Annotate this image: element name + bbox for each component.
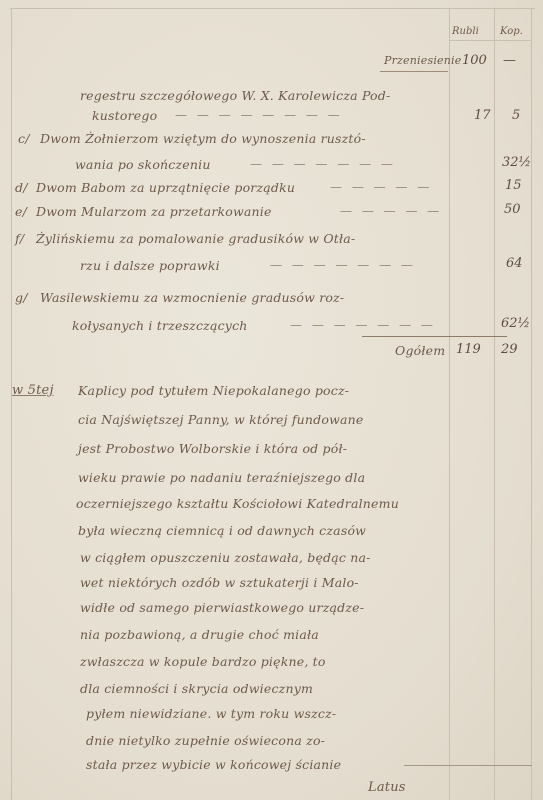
section-line: dla ciemności i skrycia odwiecznym: [80, 681, 313, 696]
section-line: stała przez wybicie w końcowej ścianie: [86, 757, 341, 772]
entry-line: Dwom Żołnierzom wziętym do wynoszenia ru…: [40, 131, 366, 146]
entry-kopecks: 62½: [501, 316, 530, 331]
kopecks-header: Kop.: [500, 26, 523, 37]
dash-leader: — — — — — — — —: [175, 108, 343, 122]
section-line: wet niektórych ozdób w sztukaterji i Mal…: [80, 575, 359, 590]
section-line: była wieczną ciemnicą i od dawnych czasó…: [78, 523, 366, 538]
entry-kopecks: 5: [512, 108, 520, 123]
carry-rubles: 100: [462, 53, 487, 68]
catchword: Latus: [368, 780, 406, 795]
manuscript-page: Rubli Kop. Przeniesienie 100 — regestru …: [0, 0, 543, 800]
rubles-column-rule: [449, 8, 450, 800]
section-line: widłe od samego pierwiastkowego urządze-: [80, 600, 364, 615]
total-rubles: 119: [456, 342, 481, 357]
dash-leader: — — — — — — —: [270, 258, 416, 272]
entry-line: wania po skończeniu: [75, 157, 211, 172]
section-line: cia Najświętszej Panny, w której fundowa…: [78, 412, 364, 427]
total-rule: [362, 336, 507, 337]
section-line: oczerniejszego kształtu Kościołowi Kated…: [76, 496, 399, 511]
section-marker: w 5tej: [12, 383, 54, 398]
latus-rule: [404, 765, 532, 766]
entry-marker: e/: [15, 204, 27, 219]
section-line: Kaplicy pod tytułem Niepokalanego pocz-: [78, 383, 349, 398]
entry-marker: g/: [15, 290, 28, 305]
kopecks-column-rule: [494, 8, 495, 800]
rubles-header: Rubli: [452, 26, 479, 37]
entry-kopecks: 15: [505, 178, 522, 193]
carry-underline: [380, 71, 448, 72]
entry-line: Wasilewskiemu za wzmocnienie gradusów ro…: [40, 290, 344, 305]
entry-line: regestru szczegółowego W. X. Karolewicza…: [80, 88, 390, 103]
total-kopecks: 29: [501, 342, 518, 357]
entry-line: Dwom Mularzom za przetarkowanie: [36, 204, 272, 219]
entry-kopecks: 32½: [502, 155, 531, 170]
section-line: zwłaszcza w kopule bardzo piękne, to: [80, 654, 326, 669]
entry-marker: c/: [18, 131, 30, 146]
right-column-rule: [531, 8, 532, 800]
dash-leader: — — — — — — —: [250, 157, 396, 171]
top-rule: [10, 8, 535, 9]
left-margin-rule: [11, 8, 12, 800]
total-label: Ogółem: [395, 343, 445, 358]
section-line: jest Probostwo Wolborskie i która od pół…: [78, 441, 347, 456]
entry-line: kołysanych i trzeszczących: [72, 318, 248, 333]
entry-marker: f/: [15, 231, 24, 246]
section-line: nia pozbawioną, a drugie choć miała: [80, 627, 319, 642]
section-line: pyłem niewidziane. w tym roku wszcz-: [86, 706, 336, 721]
entry-line: kustorego: [92, 108, 157, 123]
entry-kopecks: 64: [506, 256, 523, 271]
entry-rubles: 17: [474, 108, 491, 123]
section-line: dnie nietylko zupełnie oświecona zo-: [86, 733, 325, 748]
dash-leader: — — — — — — —: [290, 318, 436, 332]
dash-leader: — — — — —: [330, 180, 432, 194]
entry-line: Dwom Babom za uprzątnięcie porządku: [36, 180, 295, 195]
entry-marker: d/: [15, 180, 28, 195]
entry-line: rzu i dalsze poprawki: [80, 258, 220, 273]
section-line: w ciągłem opuszczeniu zostawała, będąc n…: [80, 550, 371, 565]
entry-kopecks: 50: [504, 202, 521, 217]
section-line: wieku prawie po nadaniu teraźniejszego d…: [78, 470, 365, 485]
dash-leader: — — — — —: [340, 204, 442, 218]
carry-kopecks: —: [503, 53, 516, 68]
carry-label: Przeniesienie: [384, 54, 461, 67]
entry-line: Żylińskiemu za pomalowanie gradusików w …: [36, 231, 355, 246]
header-underline: [449, 40, 531, 41]
